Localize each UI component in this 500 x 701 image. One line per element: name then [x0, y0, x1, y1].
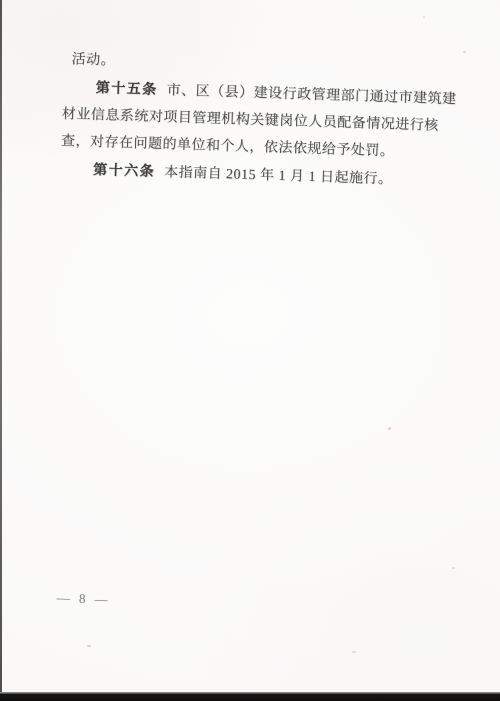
scan-speck: [388, 427, 391, 430]
scanned-document-page: 活动。 第十五条市、区（县）建设行政管理部门通过市建筑建 材业信息系统对项目管理…: [0, 0, 500, 701]
scan-speck: [463, 51, 466, 53]
article-15-number: 第十五条: [95, 79, 157, 97]
document-text-block: 活动。 第十五条市、区（县）建设行政管理部门通过市建筑建 材业信息系统对项目管理…: [60, 46, 466, 196]
scan-left-edge-shadow: [0, 0, 2, 701]
page-number: — 8 —: [56, 590, 111, 608]
scan-bottom-edge: [0, 692, 500, 701]
scan-speck: [87, 645, 91, 647]
article-15-text-line-1: 市、区（县）建设行政管理部门通过市建筑建: [166, 83, 456, 107]
article-16-text: 本指南自 2015 年 1 月 1 日起施行。: [164, 165, 393, 187]
article-16-number: 第十六条: [93, 161, 155, 179]
scan-speck: [452, 567, 455, 569]
scan-speck: [352, 651, 356, 653]
scan-speck: [423, 16, 425, 18]
